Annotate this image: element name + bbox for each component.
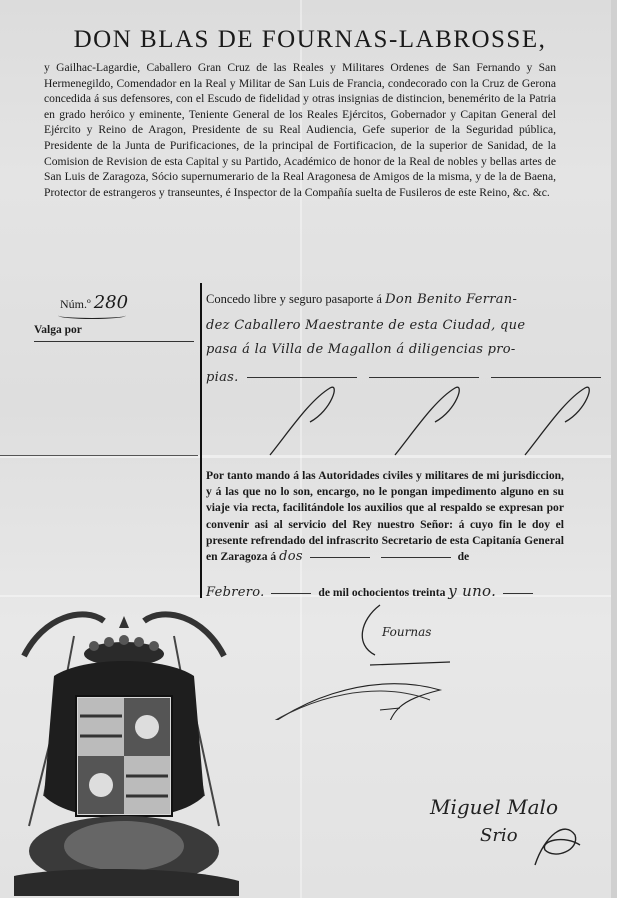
concedo-handwritten-3: pasa á la Villa de Magallon á diligencia… xyxy=(206,342,616,357)
secretary-signature-title: Srio xyxy=(480,825,518,846)
date-day: dos xyxy=(279,549,303,564)
fill-dash xyxy=(369,377,479,378)
concedo-handwritten-2: dez Caballero Maestrante de esta Ciudad,… xyxy=(206,318,616,333)
valga-label: Valga por xyxy=(34,324,82,336)
fill-dash xyxy=(310,557,370,558)
document-preamble: y Gailhac-Lagardie, Caballero Gran Cruz … xyxy=(44,60,556,200)
number-brace xyxy=(58,312,126,319)
fill-dash xyxy=(381,557,451,558)
fill-dash xyxy=(271,593,311,594)
number-label: Núm.º xyxy=(60,297,91,311)
date-year-printed: de mil ochocientos treinta xyxy=(318,586,445,599)
concedo-line: Concedo libre y seguro pasaporte á Don B… xyxy=(206,292,616,307)
pen-flourishes xyxy=(220,380,617,460)
date-line: Febrero. de mil ochocientos treinta y un… xyxy=(206,582,537,600)
governor-signature: Fournas xyxy=(382,625,431,639)
concedo-printed: Concedo libre y seguro pasaporte á xyxy=(206,292,382,306)
document-number: Núm.º 280 xyxy=(60,292,128,313)
document-title: DON BLAS DE FOURNAS-LABROSSE, xyxy=(30,26,590,54)
fill-dash xyxy=(247,377,357,378)
secretary-rubric xyxy=(525,815,585,875)
date-de: de xyxy=(458,550,470,563)
vertical-rule xyxy=(200,283,202,598)
date-year-hand: y uno. xyxy=(448,582,496,600)
valga-rule xyxy=(34,341,194,342)
mando-paragraph: Por tanto mando á las Autoridades civile… xyxy=(206,468,564,565)
left-rule xyxy=(0,455,198,456)
number-value: 280 xyxy=(94,292,128,313)
fill-dash xyxy=(491,377,601,378)
fill-dash xyxy=(503,593,533,594)
concedo-handwritten-1: Don Benito Ferran- xyxy=(385,292,517,307)
mando-text: Por tanto mando á las Autoridades civile… xyxy=(206,469,564,563)
paraph-flourish xyxy=(210,600,470,720)
